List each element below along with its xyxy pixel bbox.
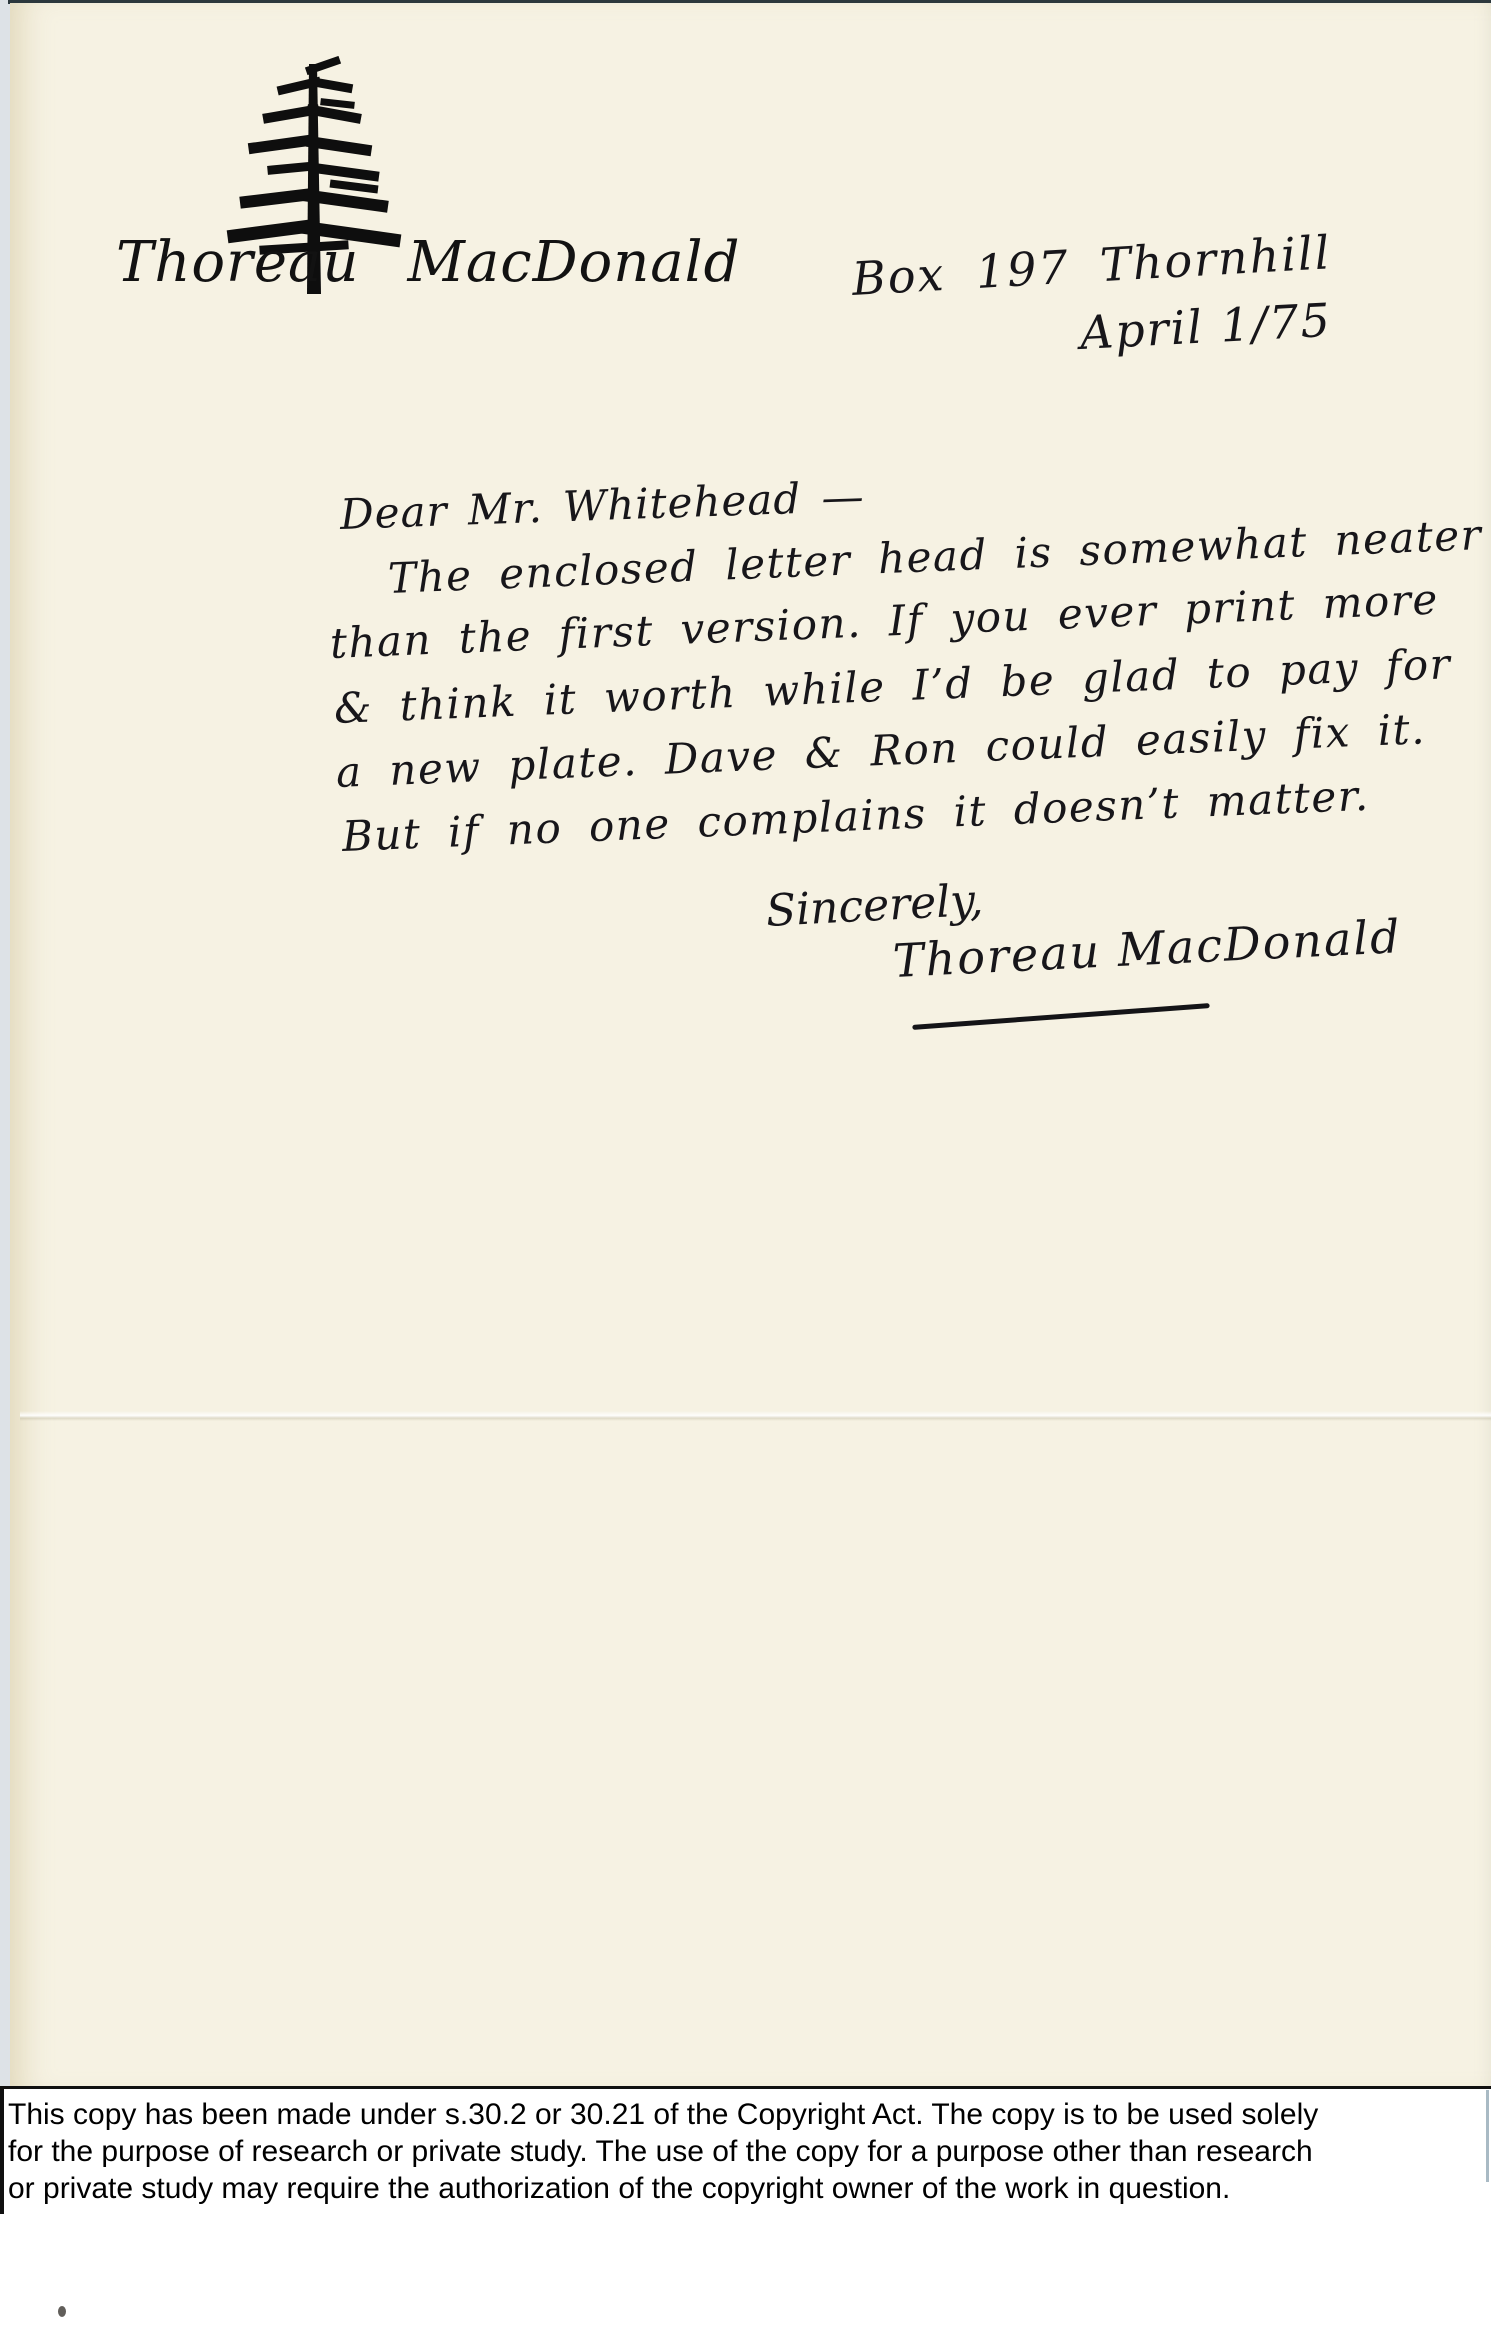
copyright-notice-line: for the purpose of research or private s… (8, 2133, 1487, 2170)
copyright-notice-text: This copy has been made under s.30.2 or … (0, 2089, 1491, 2207)
copyright-notice-band: This copy has been made under s.30.2 or … (0, 2086, 1491, 2338)
scan-speck (58, 2306, 66, 2317)
notice-right-border (1486, 2090, 1489, 2182)
letterhead-name: ThoreauMacDonald (116, 230, 740, 295)
copyright-notice-line: This copy has been made under s.30.2 or … (8, 2096, 1487, 2133)
letterhead-last-name: MacDonald (408, 230, 741, 295)
letterhead-first-name: Thoreau (116, 230, 360, 295)
notice-left-border (0, 2086, 4, 2214)
paper-fold-crease (20, 1411, 1491, 1421)
copyright-notice-line: or private study may require the authori… (8, 2170, 1487, 2207)
